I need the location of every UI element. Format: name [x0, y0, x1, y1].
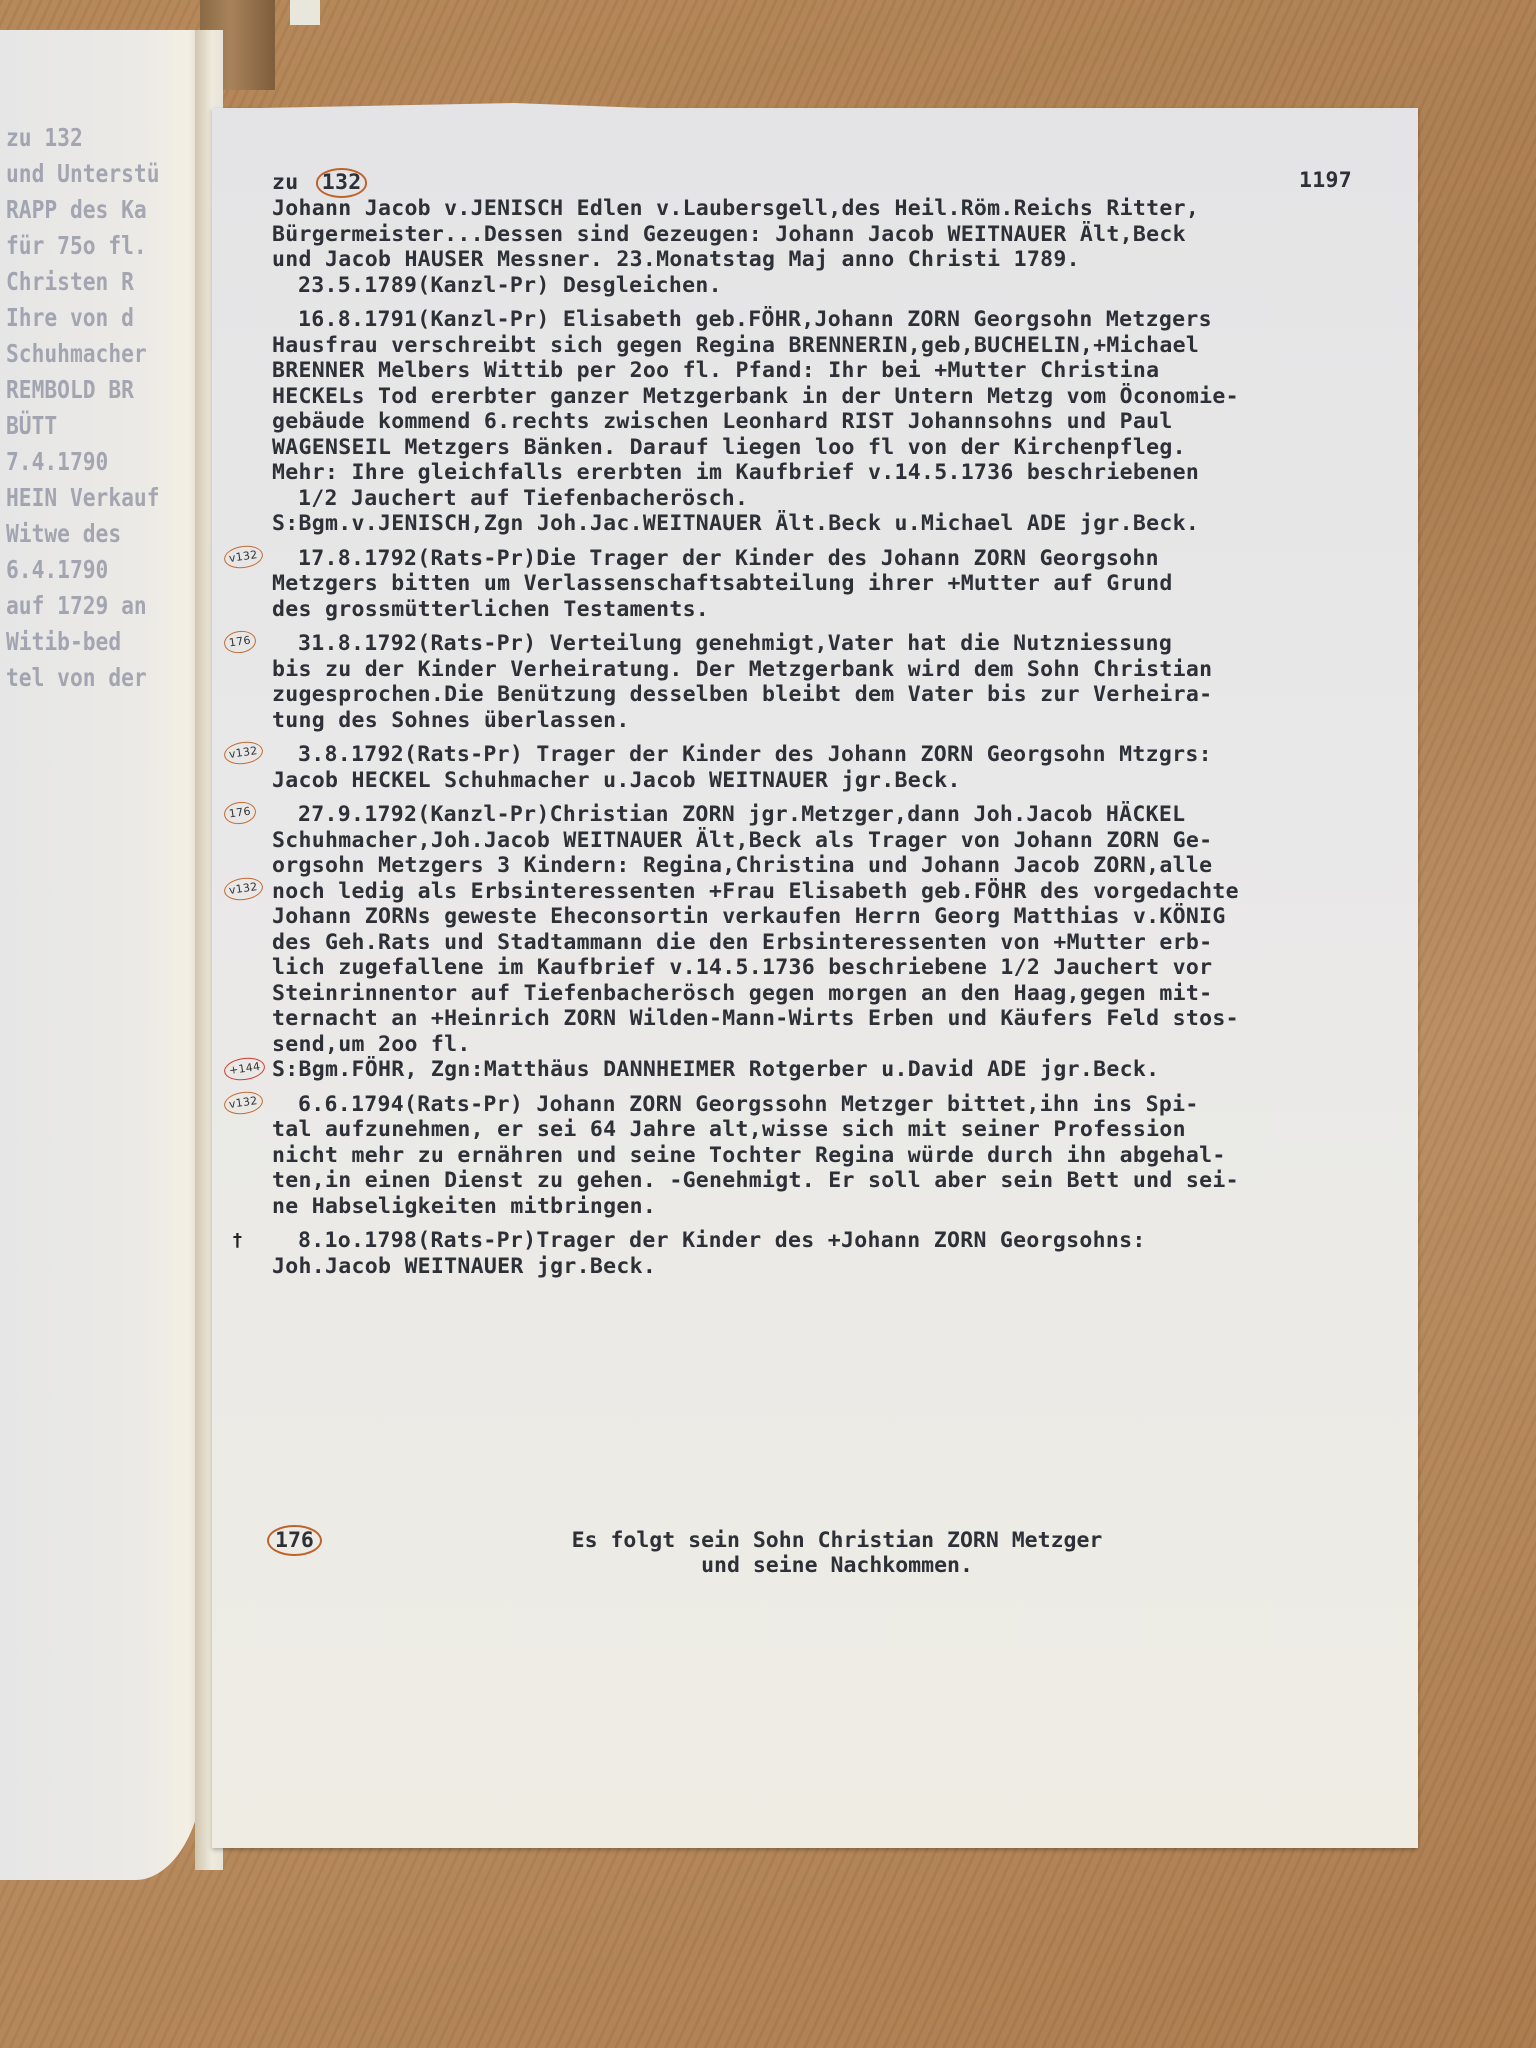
entry-line: Metzgers bitten um Verlassenschaftsabtei…	[272, 571, 1402, 597]
entry-line: Hausfrau verschreibt sich gegen Regina B…	[272, 333, 1402, 359]
entry-line: des grossmütterlichen Testaments.	[272, 597, 1402, 623]
right-page: zu 132 1197 Johann Jacob v.JENISCH Edlen…	[212, 108, 1418, 1848]
entry-line: noch ledig als Erbsinteressenten +Frau E…	[272, 879, 1402, 905]
left-page-text: zu 132 und Unterstü RAPP des Ka für 75o …	[6, 120, 205, 696]
entry-line: Schuhmacher,Joh.Jacob WEITNAUER Ält,Beck…	[272, 828, 1402, 854]
entry-line: orgsohn Metzgers 3 Kindern: Regina,Chris…	[272, 853, 1402, 879]
record-entry: 31.8.1792(Rats-Pr) Verteilung genehmigt,…	[272, 631, 1402, 733]
record-entry: 16.8.1791(Kanzl-Pr) Elisabeth geb.FÖHR,J…	[272, 307, 1402, 537]
page-footer: 176 Es folgt sein Sohn Christian ZORN Me…	[272, 1528, 1402, 1578]
entry-line: und Jacob HAUSER Messner. 23.Monatstag M…	[272, 247, 1402, 273]
margin-note: v132	[223, 543, 264, 570]
entry-line: 1/2 Jauchert auf Tiefenbacherösch.	[272, 486, 1402, 512]
entry-line: Johann ZORNs geweste Eheconsortin verkau…	[272, 904, 1402, 930]
record-entry: 27.9.1792(Kanzl-Pr)Christian ZORN jgr.Me…	[272, 802, 1402, 1083]
entry-line: Johann Jacob v.JENISCH Edlen v.Laubersge…	[272, 196, 1402, 222]
bleed-through-text	[272, 1343, 1402, 1863]
record-entry: 3.8.1792(Rats-Pr) Trager der Kinder des …	[272, 742, 1402, 793]
record-entries: Johann Jacob v.JENISCH Edlen v.Laubersge…	[272, 196, 1402, 1279]
cross-mark-icon: †	[232, 1228, 243, 1254]
margin-note: v132	[223, 1089, 264, 1116]
entry-line: Mehr: Ihre gleichfalls ererbten im Kaufb…	[272, 460, 1402, 486]
entry-line: 23.5.1789(Kanzl-Pr) Desgleichen.	[272, 273, 1402, 299]
reference-circle: 132	[316, 168, 368, 198]
entry-line: ten,in einen Dienst zu gehen. -Genehmigt…	[272, 1168, 1402, 1194]
record-entry: 8.1o.1798(Rats-Pr)Trager der Kinder des …	[272, 1228, 1402, 1279]
entry-line: BRENNER Melbers Wittib per 2oo fl. Pfand…	[272, 358, 1402, 384]
entry-line: HECKELs Tod ererbter ganzer Metzgerbank …	[272, 384, 1402, 410]
entry-line: S:Bgm.FÖHR, Zgn:Matthäus DANNHEIMER Rotg…	[272, 1057, 1402, 1083]
left-page: zu 132 und Unterstü RAPP des Ka für 75o …	[0, 30, 205, 1880]
entry-line: bis zu der Kinder Verheiratung. Der Metz…	[272, 657, 1402, 683]
record-entry: Johann Jacob v.JENISCH Edlen v.Laubersge…	[272, 196, 1402, 298]
entry-line: nicht mehr zu ernähren und seine Tochter…	[272, 1143, 1402, 1169]
entry-line: des Geh.Rats und Stadtammann die den Erb…	[272, 930, 1402, 956]
entry-line: Steinrinnentor auf Tiefenbacherösch gege…	[272, 981, 1402, 1007]
entry-line: 17.8.1792(Rats-Pr)Die Trager der Kinder …	[272, 546, 1402, 572]
entry-line: 31.8.1792(Rats-Pr) Verteilung genehmigt,…	[272, 631, 1402, 657]
entry-line: tung des Sohnes überlassen.	[272, 708, 1402, 734]
margin-note: 176	[223, 800, 258, 826]
entry-line: tal aufzunehmen, er sei 64 Jahre alt,wis…	[272, 1117, 1402, 1143]
footer-line-1: Es folgt sein Sohn Christian ZORN Metzge…	[272, 1528, 1402, 1553]
page-header: zu 132 1197	[272, 168, 1402, 196]
entry-line: 3.8.1792(Rats-Pr) Trager der Kinder des …	[272, 742, 1402, 768]
reference-label: zu 132	[272, 168, 367, 198]
record-entry: 6.6.1794(Rats-Pr) Johann ZORN Georgssohn…	[272, 1092, 1402, 1220]
entry-line: Joh.Jacob WEITNAUER jgr.Beck.	[272, 1254, 1402, 1280]
page-number: 1197	[1299, 168, 1352, 194]
margin-note: v132	[223, 875, 264, 902]
margin-note: +144	[223, 1055, 267, 1083]
page-body: zu 132 1197 Johann Jacob v.JENISCH Edlen…	[272, 168, 1402, 1288]
entry-line: ternacht an +Heinrich ZORN Wilden-Mann-W…	[272, 1006, 1402, 1032]
entry-line: S:Bgm.v.JENISCH,Zgn Joh.Jac.WEITNAUER Äl…	[272, 511, 1402, 537]
entry-line: 8.1o.1798(Rats-Pr)Trager der Kinder des …	[272, 1228, 1402, 1254]
entry-line: 16.8.1791(Kanzl-Pr) Elisabeth geb.FÖHR,J…	[272, 307, 1402, 333]
entry-line: send,um 2oo fl.	[272, 1032, 1402, 1058]
entry-line: WAGENSEIL Metzgers Bänken. Darauf liegen…	[272, 435, 1402, 461]
entry-line: ne Habseligkeiten mitbringen.	[272, 1194, 1402, 1220]
paper-strip	[290, 0, 320, 25]
entry-line: gebäude kommend 6.rechts zwischen Leonha…	[272, 409, 1402, 435]
margin-note: v132	[223, 739, 264, 766]
entry-line: 6.6.1794(Rats-Pr) Johann ZORN Georgssohn…	[272, 1092, 1402, 1118]
entry-line: zugesprochen.Die Benützung desselben ble…	[272, 682, 1402, 708]
entry-line: lich zugefallene im Kaufbrief v.14.5.173…	[272, 955, 1402, 981]
entry-line: Jacob HECKEL Schuhmacher u.Jacob WEITNAU…	[272, 768, 1402, 794]
entry-line: Bürgermeister...Dessen sind Gezeugen: Jo…	[272, 222, 1402, 248]
entry-line: 27.9.1792(Kanzl-Pr)Christian ZORN jgr.Me…	[272, 802, 1402, 828]
footer-reference-circle: 176	[267, 1525, 322, 1556]
margin-note: 176	[223, 629, 258, 655]
record-entry: 17.8.1792(Rats-Pr)Die Trager der Kinder …	[272, 546, 1402, 623]
footer-line-2: und seine Nachkommen.	[272, 1553, 1402, 1578]
